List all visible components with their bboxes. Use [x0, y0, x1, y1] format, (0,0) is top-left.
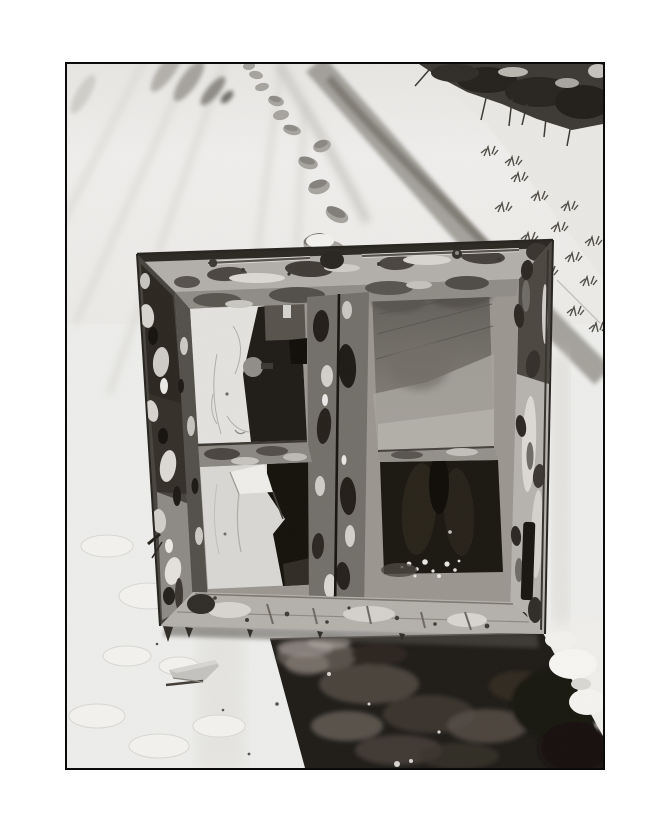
photo-canvas	[67, 64, 603, 768]
page: { "image": { "alt": "Black-and-white pho…	[0, 0, 669, 836]
framed-photo	[65, 62, 605, 770]
film-grain	[67, 64, 603, 768]
